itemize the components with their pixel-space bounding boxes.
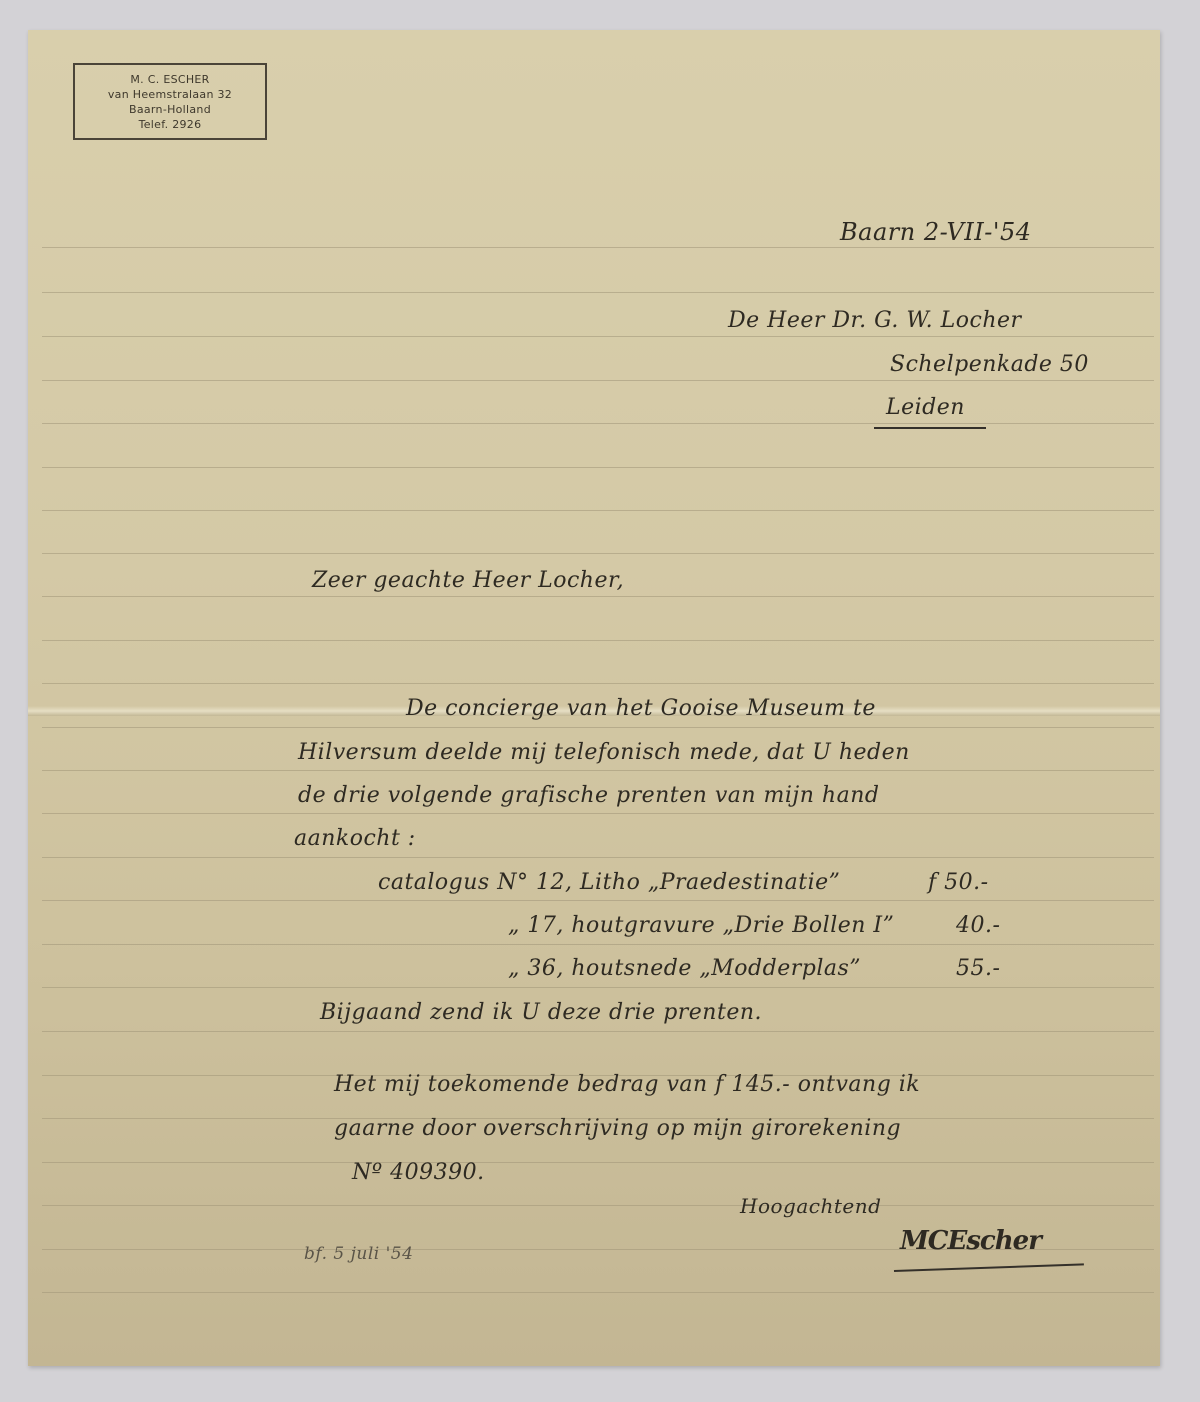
rule-line bbox=[42, 813, 1154, 814]
signature-underline bbox=[894, 1263, 1084, 1272]
letterhead-stamp: M. C. ESCHER van Heemstralaan 32 Baarn-H… bbox=[73, 63, 267, 140]
rule-line bbox=[42, 1031, 1154, 1032]
letterhead-street: van Heemstralaan 32 bbox=[108, 87, 232, 102]
letterhead-name: M. C. ESCHER bbox=[130, 72, 209, 87]
enclosure-line: Bijgaand zend ik U deze drie prenten. bbox=[320, 1000, 762, 1025]
rule-line bbox=[42, 380, 1154, 381]
letter-paper: M. C. ESCHER van Heemstralaan 32 Baarn-H… bbox=[28, 30, 1160, 1366]
body-line: Hilversum deelde mij telefonisch mede, d… bbox=[298, 740, 910, 765]
print-item-desc: „ 36, houtsnede „Modderplas” bbox=[508, 956, 861, 981]
rule-line bbox=[42, 336, 1154, 337]
rule-line bbox=[42, 857, 1154, 858]
recipient-city-underline bbox=[874, 427, 986, 429]
closing: Hoogachtend bbox=[740, 1194, 881, 1218]
salutation: Zeer geachte Heer Locher, bbox=[312, 568, 624, 593]
rule-line bbox=[42, 553, 1154, 554]
rule-line bbox=[42, 944, 1154, 945]
body-line: De concierge van het Gooise Museum te bbox=[406, 696, 876, 721]
rule-line bbox=[42, 423, 1154, 424]
rule-line bbox=[42, 596, 1154, 597]
rule-line bbox=[42, 770, 1154, 771]
recipient-street: Schelpenkade 50 bbox=[890, 352, 1089, 377]
rule-line bbox=[42, 247, 1154, 248]
print-item-desc: catalogus N° 12, Litho „Praedestinatie” bbox=[378, 870, 840, 895]
rule-line bbox=[42, 510, 1154, 511]
rule-line bbox=[42, 727, 1154, 728]
body-line: de drie volgende grafische prenten van m… bbox=[298, 783, 879, 808]
recipient-city: Leiden bbox=[886, 395, 965, 420]
rule-line bbox=[42, 1162, 1154, 1163]
letterhead-phone: Telef. 2926 bbox=[139, 117, 202, 132]
body-line: gaarne door overschrijving op mijn giror… bbox=[334, 1116, 901, 1141]
body-line: Nº 409390. bbox=[352, 1160, 485, 1185]
rule-line bbox=[42, 683, 1154, 684]
rule-line bbox=[42, 987, 1154, 988]
date-line: Baarn 2-VII-'54 bbox=[840, 218, 1031, 246]
letterhead-city: Baarn-Holland bbox=[129, 102, 211, 117]
signature: MCEscher bbox=[900, 1226, 1041, 1256]
rule-line bbox=[42, 1292, 1154, 1293]
body-line: aankocht : bbox=[294, 826, 416, 851]
print-item-price: f 50.- bbox=[928, 870, 989, 895]
rule-line bbox=[42, 467, 1154, 468]
print-item-price: 40.- bbox=[956, 913, 1000, 938]
rule-line bbox=[42, 640, 1154, 641]
rule-line bbox=[42, 1205, 1154, 1206]
rule-line bbox=[42, 900, 1154, 901]
rule-line bbox=[42, 292, 1154, 293]
pencil-annotation: bf. 5 juli '54 bbox=[304, 1244, 413, 1264]
print-item-desc: „ 17, houtgravure „Drie Bollen I” bbox=[508, 913, 894, 938]
recipient-name: De Heer Dr. G. W. Locher bbox=[728, 308, 1022, 333]
print-item-price: 55.- bbox=[956, 956, 1000, 981]
body-line: Het mij toekomende bedrag van f 145.- on… bbox=[334, 1072, 920, 1097]
